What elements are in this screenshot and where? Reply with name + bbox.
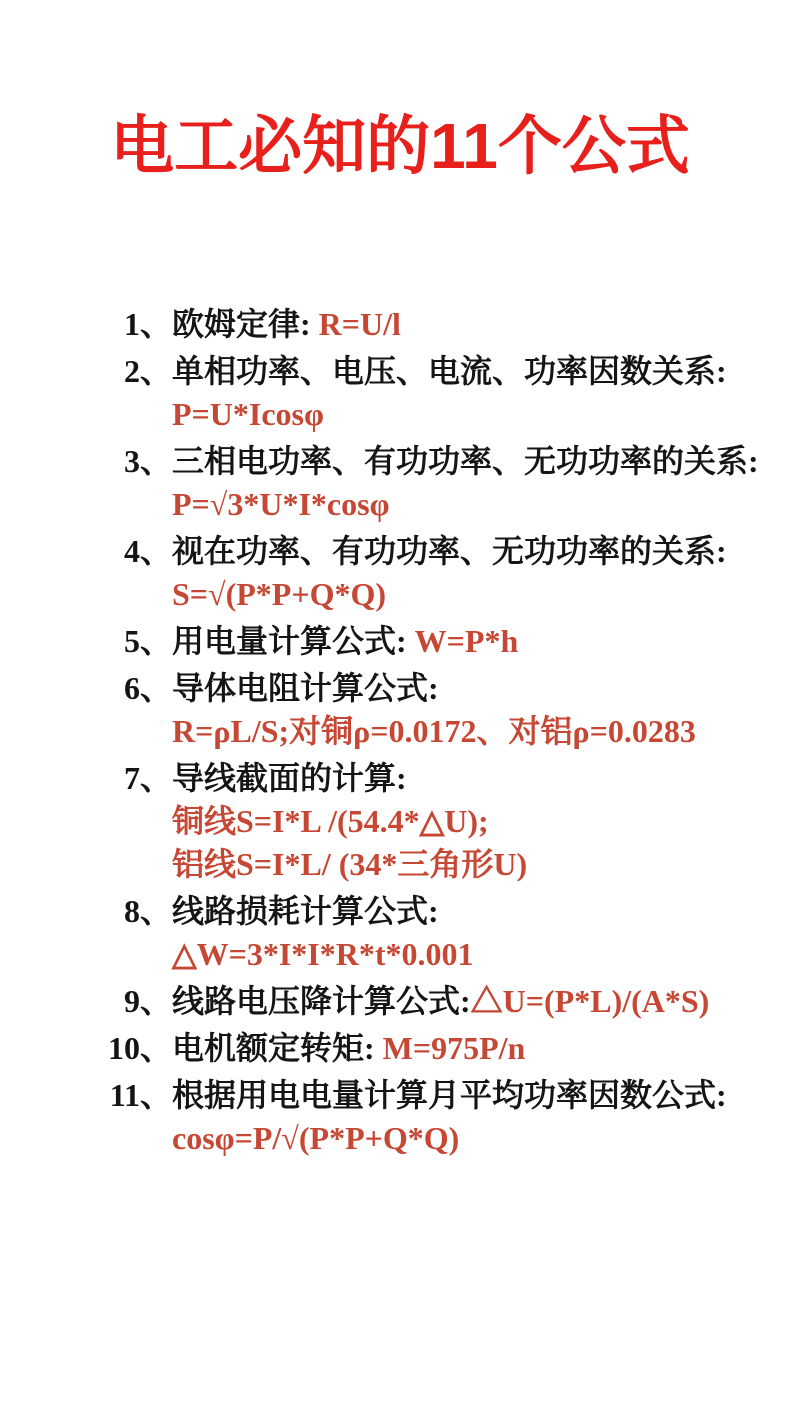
item-label: 用电量计算公式: [172,623,415,659]
item-formula: △U=(P*L)/(A*S) [471,983,710,1019]
item-number: 3、 [60,440,172,483]
list-item: 6、 导体电阻计算公式: R=ρL/S;对铜ρ=0.0172、对铝ρ=0.028… [60,667,770,753]
formula-line: 铜线S=I*L /(54.4*△U); [172,800,770,843]
item-line: 用电量计算公式: W=P*h [172,620,770,663]
item-number: 1、 [60,303,172,346]
item-line: 电机额定转矩: M=975P/n [172,1027,770,1070]
item-number: 11、 [60,1074,172,1117]
item-content: 线路损耗计算公式: △W=3*I*I*R*t*0.001 [172,890,770,976]
formula-line: S=√(P*P+Q*Q) [172,573,770,616]
item-number: 2、 [60,350,172,393]
item-content: 线路电压降计算公式:△U=(P*L)/(A*S) [172,980,770,1023]
formula-line: △W=3*I*I*R*t*0.001 [172,933,770,976]
page-title: 电工必知的11个公式 [0,106,800,186]
formula-line: R=ρL/S;对铜ρ=0.0172、对铝ρ=0.0283 [172,710,770,753]
item-content: 导线截面的计算: 铜线S=I*L /(54.4*△U); 铝线S=I*L/ (3… [172,757,770,886]
formula-list: 1、 欧姆定律: R=U/l 2、 单相功率、电压、电流、功率因数关系: P=U… [60,303,770,1164]
list-item: 5、 用电量计算公式: W=P*h [60,620,770,663]
formula-line: P=√3*U*I*cosφ [172,483,770,526]
formula-line: cosφ=P/√(P*P+Q*Q) [172,1117,770,1160]
item-content: 导体电阻计算公式: R=ρL/S;对铜ρ=0.0172、对铝ρ=0.0283 [172,667,770,753]
item-label: 视在功率、有功功率、无功功率的关系: [172,530,770,573]
item-number: 8、 [60,890,172,933]
item-formula: M=975P/n [383,1030,526,1066]
item-label: 导体电阻计算公式: [172,667,770,710]
list-item: 11、 根据用电电量计算月平均功率因数公式: cosφ=P/√(P*P+Q*Q) [60,1074,770,1160]
item-content: 电机额定转矩: M=975P/n [172,1027,770,1070]
item-content: 视在功率、有功功率、无功功率的关系: S=√(P*P+Q*Q) [172,530,770,616]
item-number: 4、 [60,530,172,573]
item-formula: R=U/l [319,306,401,342]
item-label: 单相功率、电压、电流、功率因数关系: [172,350,770,393]
item-content: 三相电功率、有功功率、无功功率的关系: P=√3*U*I*cosφ [172,440,770,526]
item-number: 10、 [60,1027,172,1070]
item-number: 5、 [60,620,172,663]
formula-line: P=U*Icosφ [172,393,770,436]
item-formula: W=P*h [415,623,519,659]
item-content: 欧姆定律: R=U/l [172,303,770,346]
list-item: 4、 视在功率、有功功率、无功功率的关系: S=√(P*P+Q*Q) [60,530,770,616]
item-content: 用电量计算公式: W=P*h [172,620,770,663]
list-item: 9、 线路电压降计算公式:△U=(P*L)/(A*S) [60,980,770,1023]
list-item: 10、 电机额定转矩: M=975P/n [60,1027,770,1070]
poster-page: 电工必知的11个公式 1、 欧姆定律: R=U/l 2、 单相功率、电压、电流、… [0,0,800,1424]
item-label: 线路损耗计算公式: [172,890,770,933]
item-label: 线路电压降计算公式: [172,983,471,1019]
item-label: 三相电功率、有功功率、无功功率的关系: [172,440,770,483]
item-line: 欧姆定律: R=U/l [172,303,770,346]
list-item: 7、 导线截面的计算: 铜线S=I*L /(54.4*△U); 铝线S=I*L/… [60,757,770,886]
item-label: 电机额定转矩: [172,1030,383,1066]
item-label: 欧姆定律: [172,306,319,342]
item-number: 7、 [60,757,172,800]
item-line: 线路电压降计算公式:△U=(P*L)/(A*S) [172,980,770,1023]
item-content: 根据用电电量计算月平均功率因数公式: cosφ=P/√(P*P+Q*Q) [172,1074,770,1160]
item-content: 单相功率、电压、电流、功率因数关系: P=U*Icosφ [172,350,770,436]
item-number: 6、 [60,667,172,710]
list-item: 3、 三相电功率、有功功率、无功功率的关系: P=√3*U*I*cosφ [60,440,770,526]
item-label: 根据用电电量计算月平均功率因数公式: [172,1074,770,1117]
list-item: 8、 线路损耗计算公式: △W=3*I*I*R*t*0.001 [60,890,770,976]
item-label: 导线截面的计算: [172,757,770,800]
formula-line: 铝线S=I*L/ (34*三角形U) [172,843,770,886]
list-item: 1、 欧姆定律: R=U/l [60,303,770,346]
item-number: 9、 [60,980,172,1023]
list-item: 2、 单相功率、电压、电流、功率因数关系: P=U*Icosφ [60,350,770,436]
